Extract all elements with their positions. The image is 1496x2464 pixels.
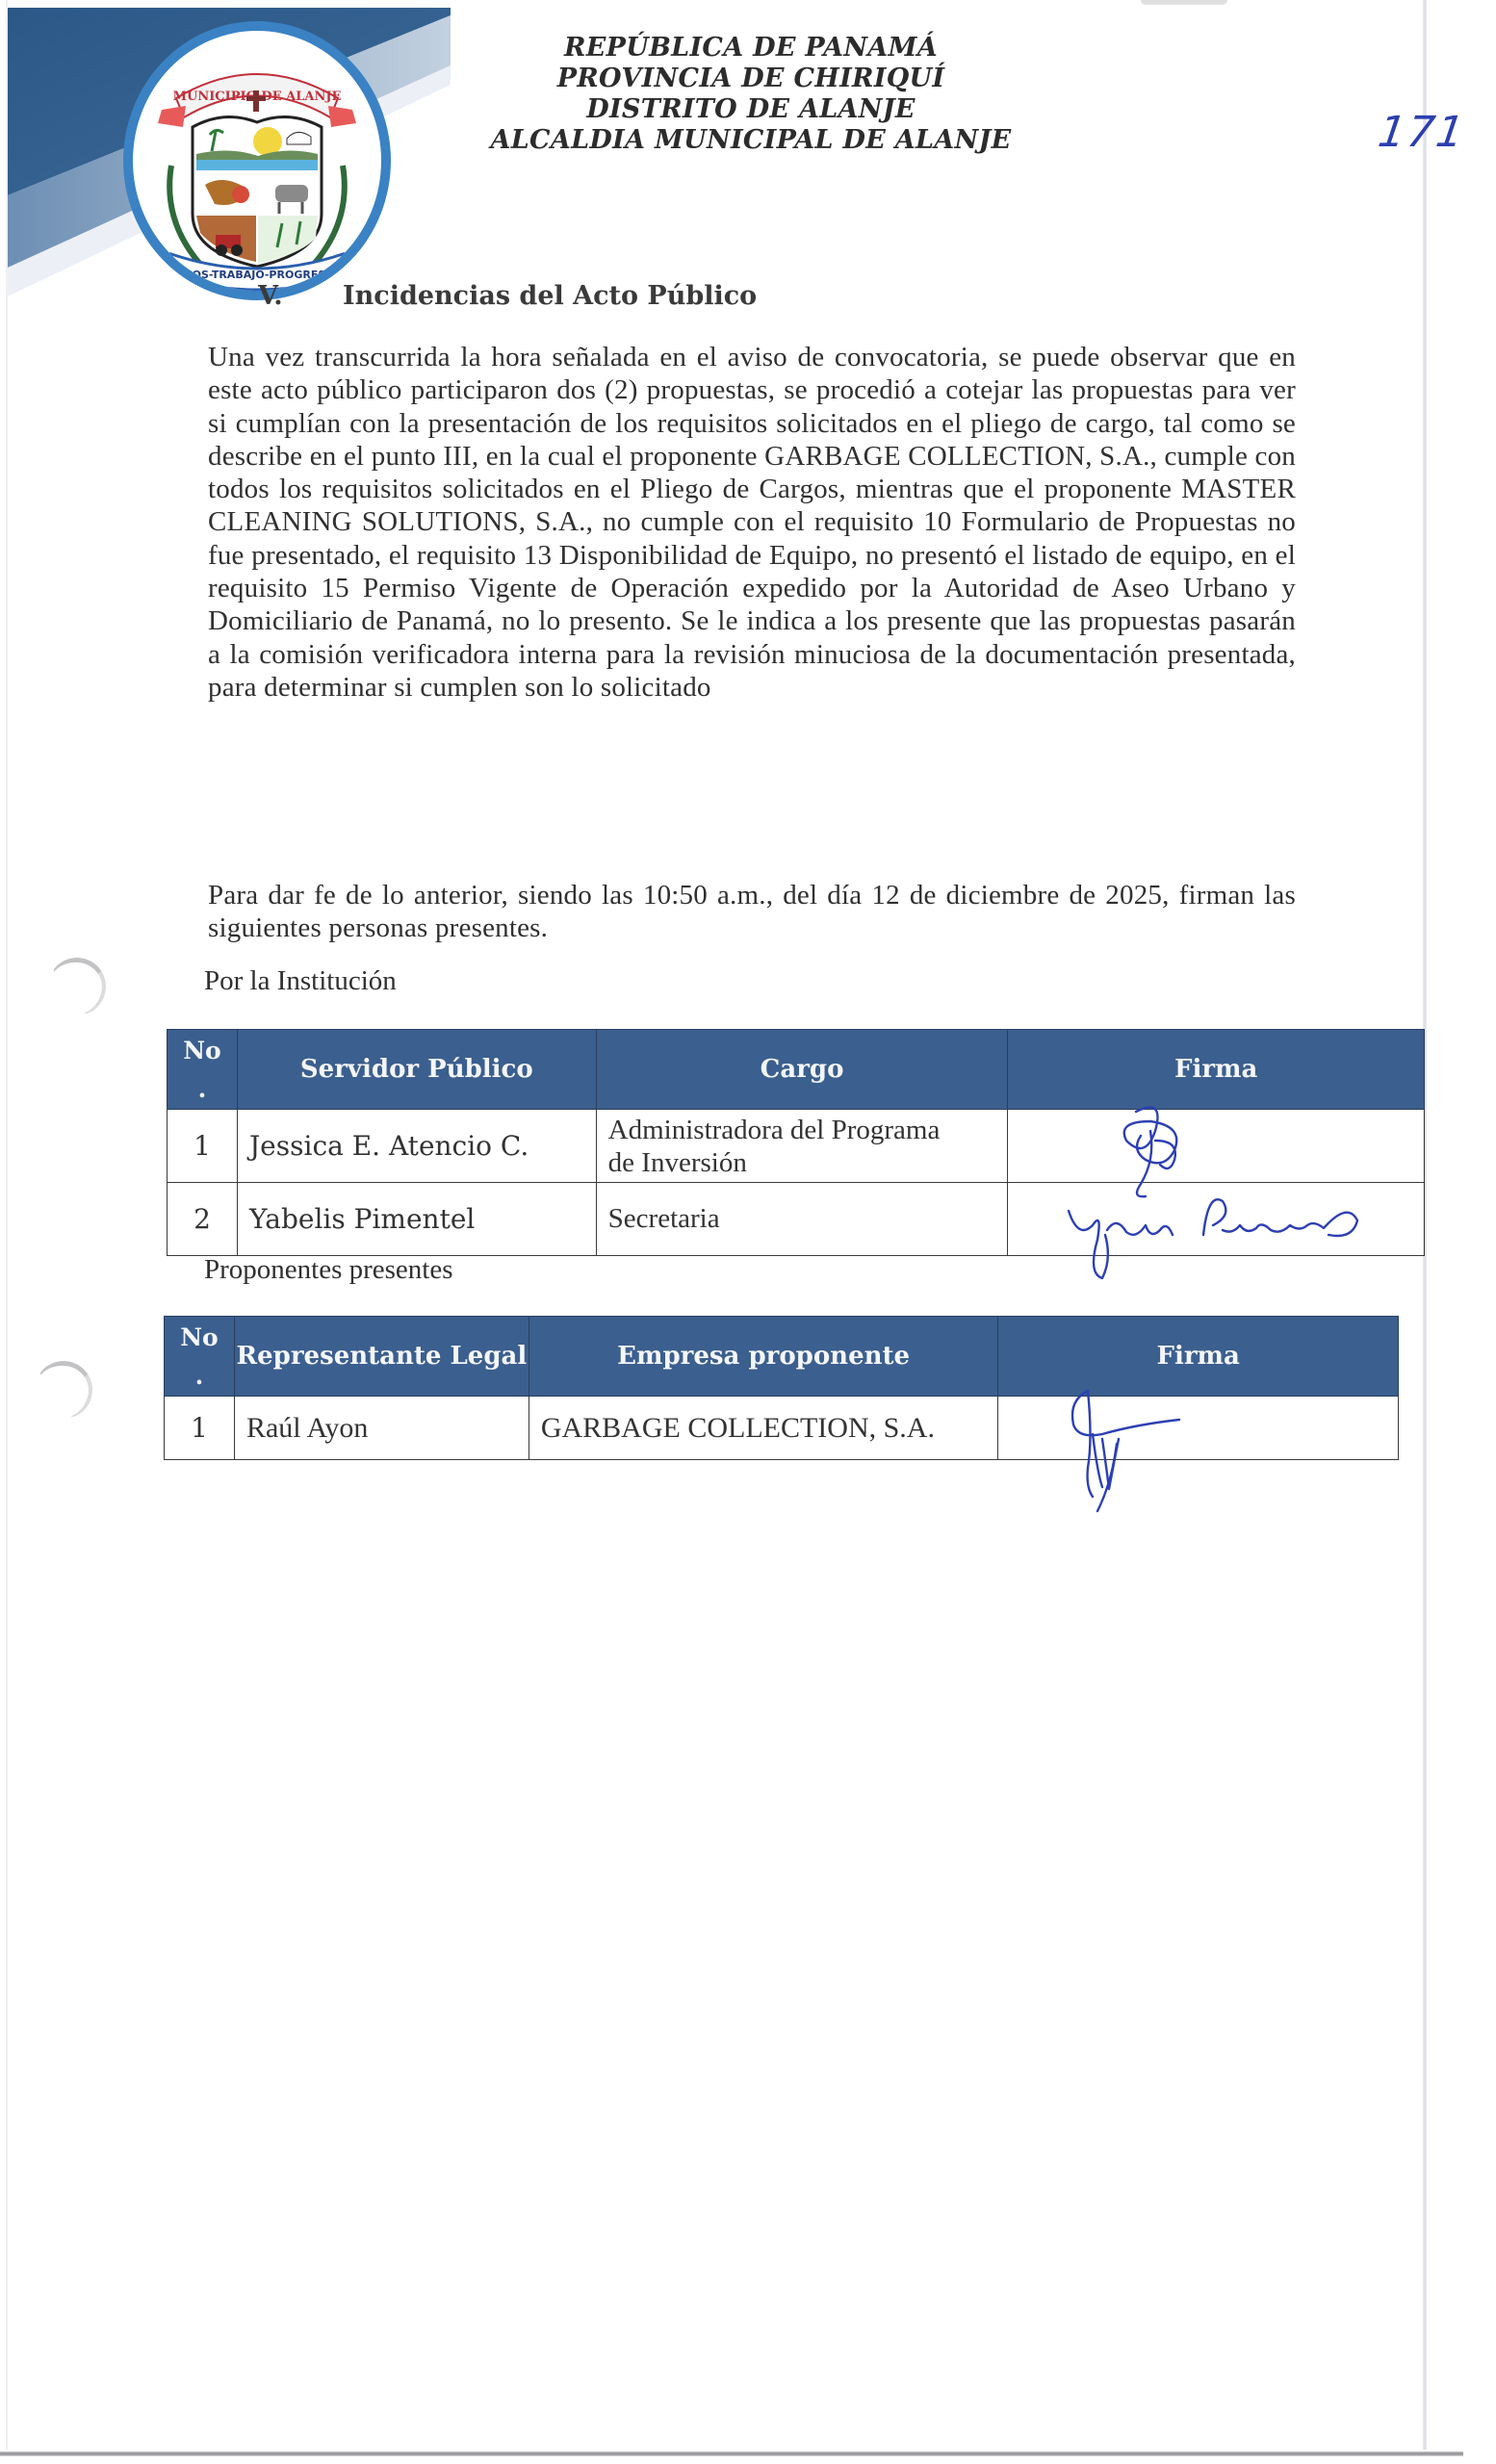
signature-cell [1008,1110,1425,1183]
servant-name: Jessica E. Atencio C. [237,1110,596,1183]
attestation-paragraph: Para dar fe de lo anterior, siendo las 1… [208,879,1296,945]
company-name: GARBAGE COLLECTION, S.A. [529,1397,998,1460]
section-title: Incidencias del Acto Público [343,281,757,311]
column-header-position: Cargo [596,1030,1008,1110]
table-row: 1 Jessica E. Atencio C. Administradora d… [168,1110,1425,1183]
page-edge-bottom [0,2451,1463,2456]
column-header-company: Empresa proponente [529,1317,998,1397]
scan-smudge [1141,0,1227,5]
column-header-public-servant: Servidor Público [237,1030,596,1110]
column-header-no: No. [168,1030,238,1110]
institution-table-label: Por la Institución [204,965,397,997]
table-row: 1 Raúl Ayon GARBAGE COLLECTION, S.A. [165,1397,1399,1460]
table-row: 2 Yabelis Pimentel Secretaria [168,1183,1425,1256]
column-header-signature: Firma [1008,1030,1425,1110]
column-header-legal-representative: Representante Legal [234,1317,529,1397]
servant-position: Secretaria [596,1183,1008,1256]
row-number: 1 [165,1397,235,1460]
section-number: V. [258,281,343,311]
proponents-table-label: Proponentes presentes [204,1254,453,1286]
crest-bottom-banner: DIOS-TRABAJO-PROGRESO [179,269,334,281]
institution-line-province: PROVINCIA DE CHIRIQUÍ [462,64,1040,94]
row-number: 2 [168,1183,238,1256]
institution-signatures-table: No. Servidor Público Cargo Firma 1 Jessi… [167,1029,1425,1256]
representative-name: Raúl Ayon [234,1397,529,1460]
row-number: 1 [168,1110,238,1183]
punch-hole-icon [30,1356,97,1424]
column-header-no: No. [165,1317,235,1397]
servant-name: Yabelis Pimentel [237,1183,596,1256]
column-header-signature: Firma [998,1317,1399,1397]
page-edge-left [6,0,8,2450]
institution-line-republic: REPÚBLICA DE PANAMÁ [462,33,1040,64]
signature-cell [998,1397,1399,1460]
proponents-signatures-table: No. Representante Legal Empresa proponen… [164,1316,1399,1460]
section-heading: V.Incidencias del Acto Público [258,281,757,311]
signature-cell [1008,1183,1425,1256]
handwritten-folio-number: 171 [1375,108,1468,157]
incidents-paragraph: Una vez transcurrida la hora señalada en… [208,341,1296,704]
municipal-crest-logo: MUNICIPIO DE ALANJE DIOS-TRABAJO-PRO [123,21,391,300]
institution-line-mayoralty: ALCALDIA MUNICIPAL DE ALANJE [462,125,1040,156]
institution-heading: REPÚBLICA DE PANAMÁ PROVINCIA DE CHIRIQU… [462,33,1040,156]
institution-line-district: DISTRITO DE ALANJE [462,94,1040,125]
punch-hole-icon [43,953,111,1020]
servant-position: Administradora del Programa de Inversión [596,1110,1008,1183]
